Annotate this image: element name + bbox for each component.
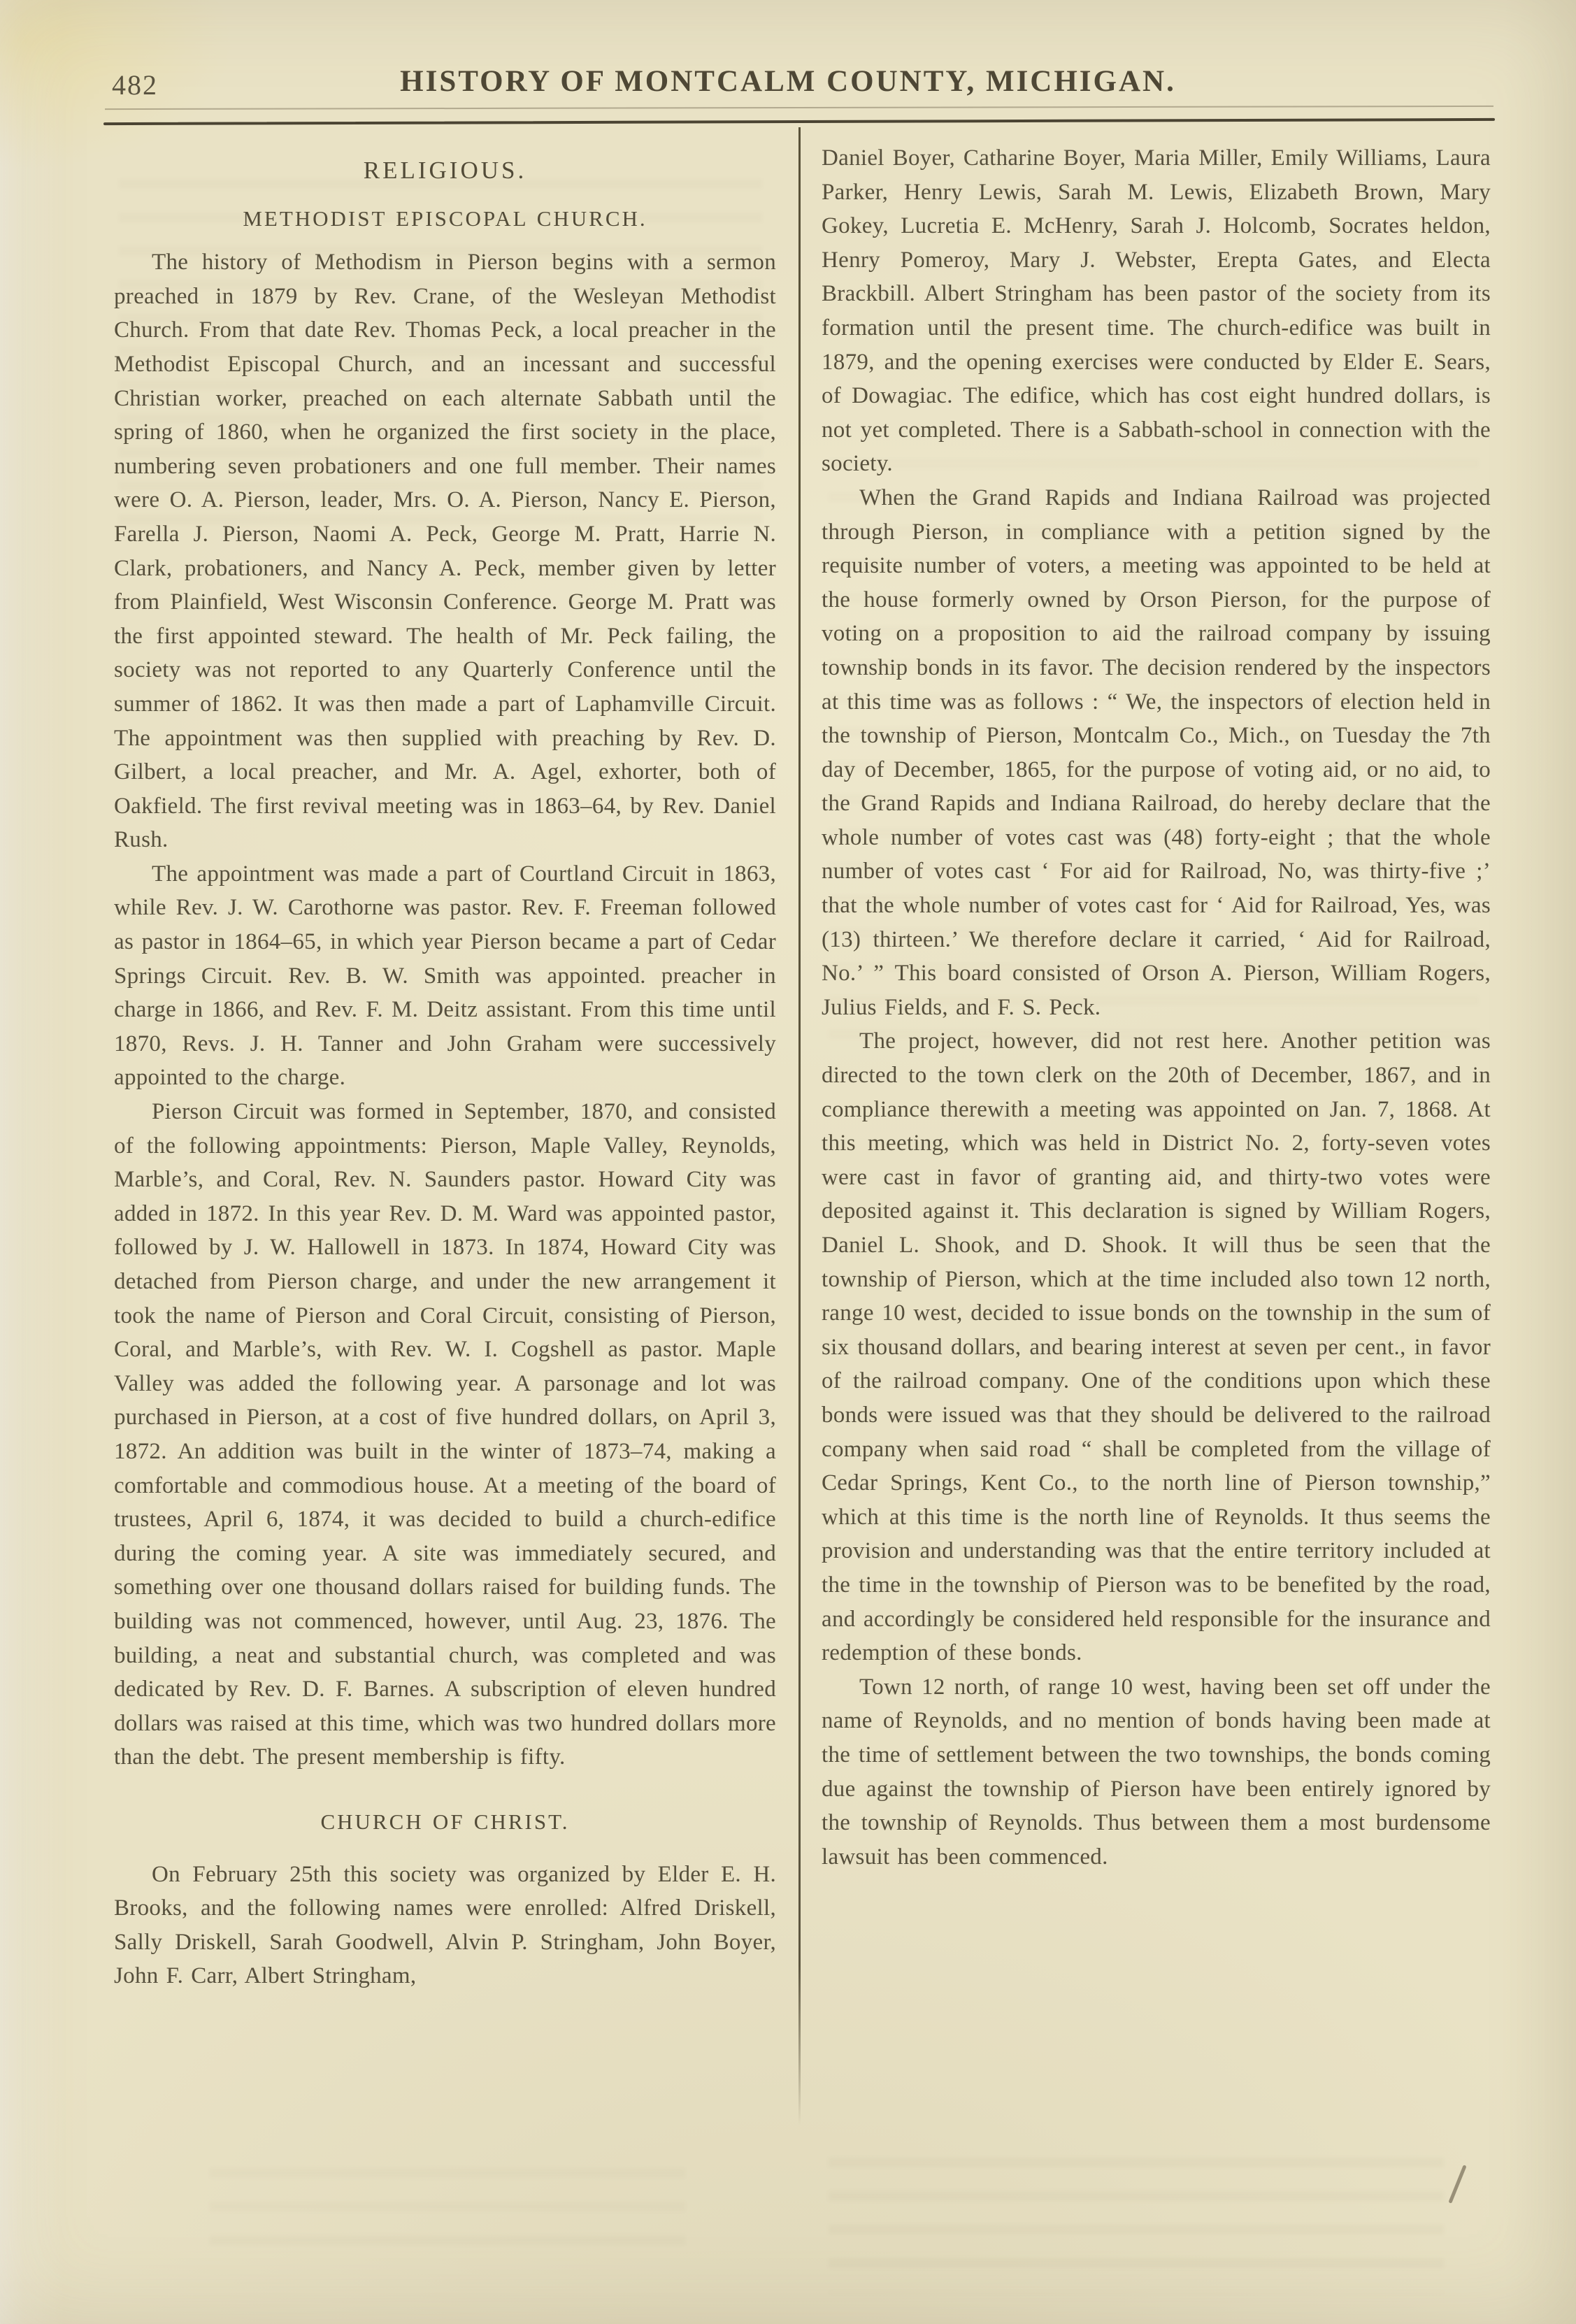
running-title: HISTORY OF MONTCALM COUNTY, MICHIGAN.	[0, 64, 1576, 99]
right-column: Daniel Boyer, Catharine Boyer, Maria Mil…	[801, 127, 1491, 1874]
book-page-scan: 482 HISTORY OF MONTCALM COUNTY, MICHIGAN…	[0, 0, 1576, 2324]
paragraph: When the Grand Rapids and Indiana Railro…	[822, 481, 1491, 1025]
paragraph: The history of Methodism in Pierson begi…	[114, 245, 776, 857]
header-rule	[103, 118, 1495, 125]
bleed-through-ghost	[829, 2146, 1444, 2293]
paragraph: On February 25th this society was organi…	[114, 1858, 776, 1993]
paragraph: The project, however, did not rest here.…	[822, 1024, 1491, 1670]
left-column: RELIGIOUS. METHODIST EPISCOPAL CHURCH. T…	[114, 127, 776, 1993]
header-rule-thin	[105, 106, 1493, 110]
scan-mark	[1448, 2165, 1466, 2204]
section-heading-religious: RELIGIOUS.	[114, 154, 776, 188]
paragraph: Town 12 north, of range 10 west, having …	[822, 1670, 1491, 1874]
bleed-through-ghost	[210, 2157, 685, 2248]
section-heading-methodist-episcopal-church: METHODIST EPISCOPAL CHURCH.	[114, 202, 776, 236]
section-heading-church-of-christ: CHURCH OF CHRIST.	[114, 1805, 776, 1839]
paragraph-continuation: Daniel Boyer, Catharine Boyer, Maria Mil…	[822, 141, 1491, 481]
paragraph: The appointment was made a part of Court…	[114, 857, 776, 1095]
two-column-text: RELIGIOUS. METHODIST EPISCOPAL CHURCH. T…	[114, 127, 1491, 2125]
paragraph: Pierson Circuit was formed in September,…	[114, 1095, 776, 1774]
